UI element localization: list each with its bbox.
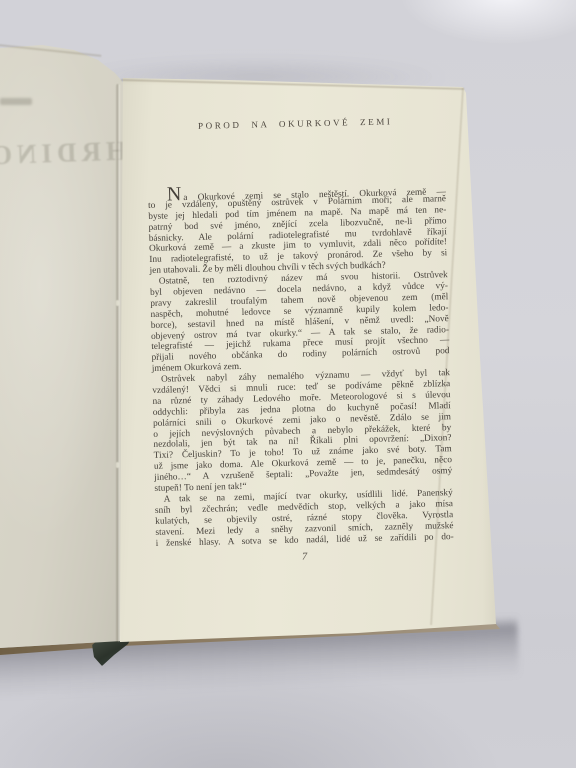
gutter-crease [116, 84, 120, 642]
printed-text: POROD NA OKURKOVÉ ZEMI Na Okurkové zemi … [146, 107, 454, 566]
showthrough-title-text: HRDINO [0, 136, 127, 172]
chapter-title: POROD NA OKURKOVÉ ZEMI [146, 115, 444, 133]
showthrough-small-text-smudge [0, 98, 32, 105]
body-text: Na Okurkové zemi se stalo neštěstí. Okur… [148, 183, 454, 549]
binding-stitch [116, 462, 119, 468]
binding-stitch [116, 300, 119, 306]
left-page: HRDINO [0, 40, 133, 654]
book-photo: HRDINO POROD NA OKURKOVÉ ZEMI Na Okurkov… [0, 0, 576, 768]
